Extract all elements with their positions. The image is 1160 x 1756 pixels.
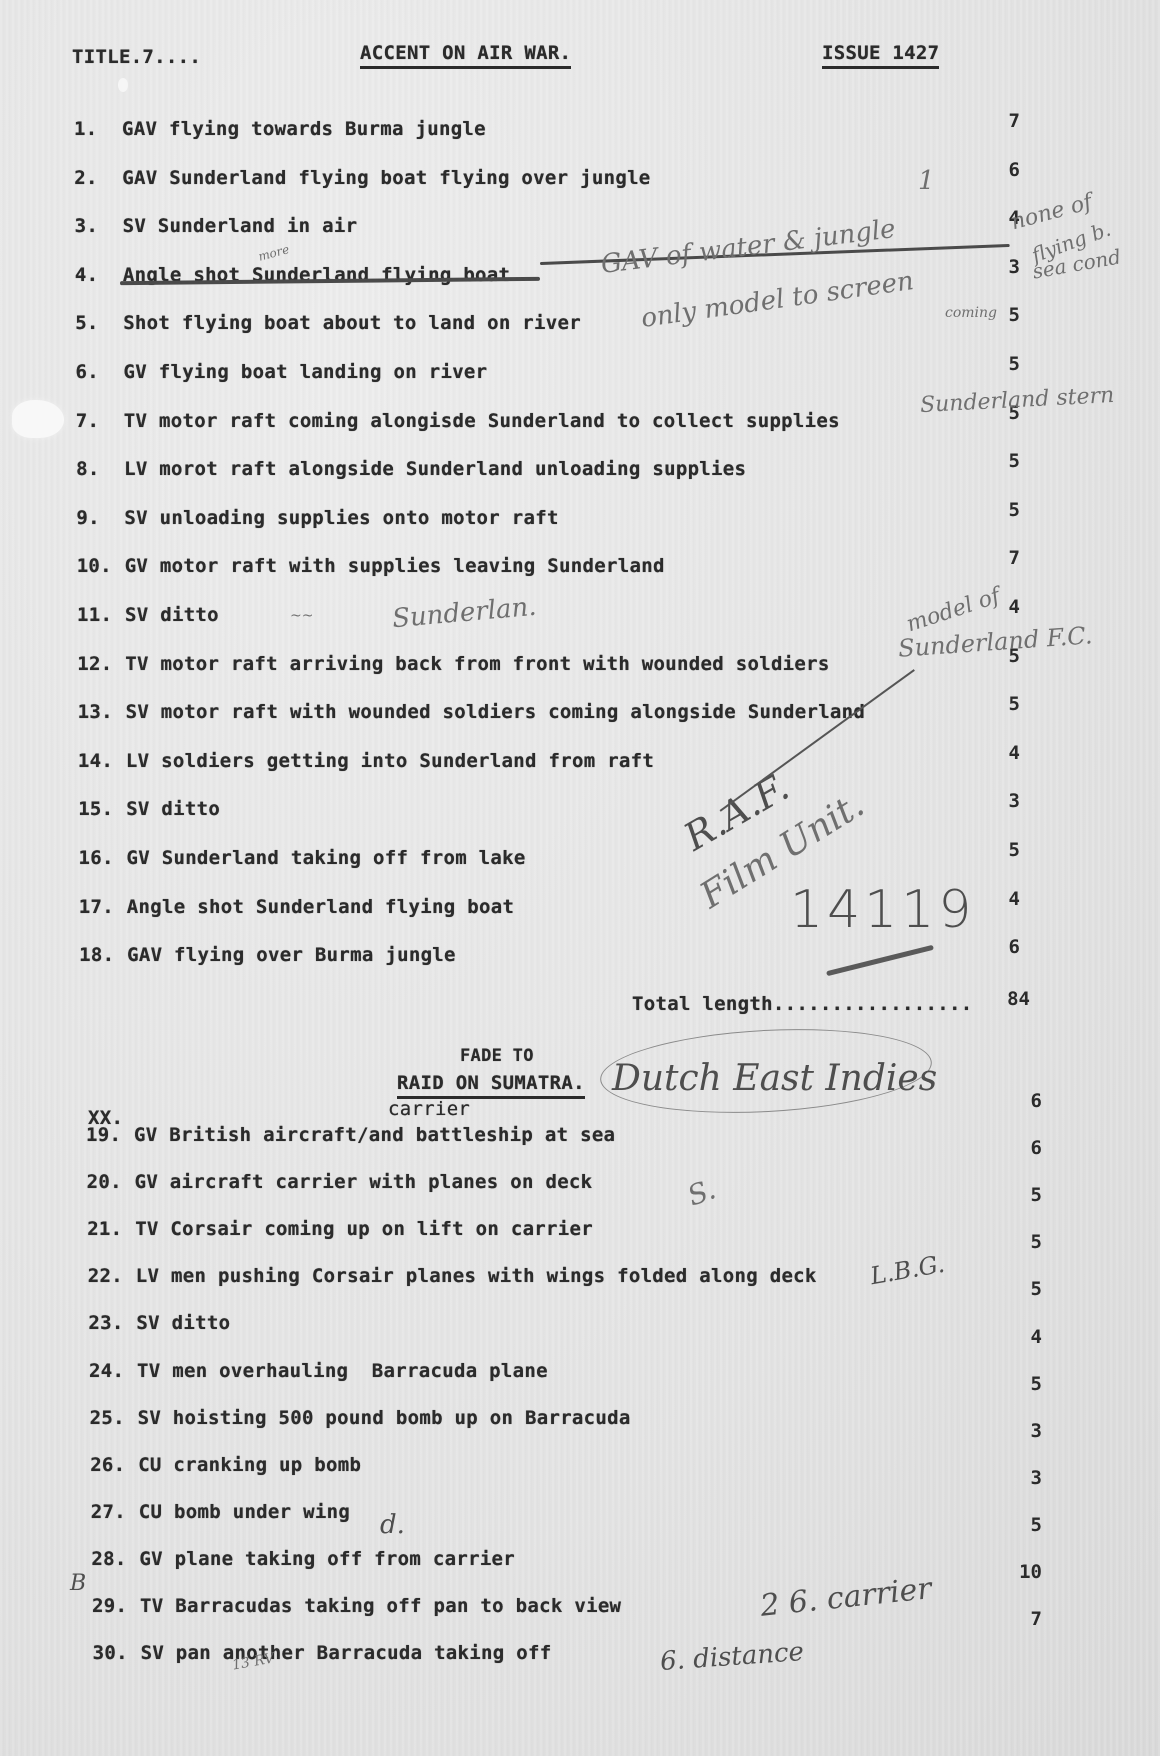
- annotation-underline: [826, 945, 934, 976]
- annotation-region: Dutch East Indies: [612, 1058, 937, 1099]
- shot-number: 25.: [90, 1407, 125, 1429]
- shot-number: 6.: [76, 361, 99, 383]
- shot-description: SV Sunderland in air: [123, 215, 358, 237]
- annotation: only model to screen: [639, 266, 915, 334]
- shot-duration: 3: [1002, 1420, 1042, 1442]
- shot-description: GAV flying towards Burma jungle: [122, 118, 486, 140]
- shot-description: LV men pushing Corsair planes with wings…: [136, 1265, 817, 1287]
- annotation: L.B.G.: [868, 1250, 947, 1291]
- shot-number: 2.: [74, 167, 97, 189]
- annotation: 6. distance: [659, 1637, 805, 1677]
- shot-description: Angle shot Sunderland flying boat: [127, 896, 514, 918]
- annotation-diagonal-line: [720, 669, 915, 811]
- annotation: Sunderlan.: [391, 592, 538, 634]
- shot-duration: 5: [980, 353, 1020, 375]
- shot-duration: 3: [1002, 1467, 1042, 1489]
- shot-description: TV motor raft arriving back from front w…: [125, 653, 829, 675]
- shot-description: SV unloading supplies onto motor raft: [124, 507, 558, 529]
- shot-number: 1.: [74, 118, 97, 140]
- shot-number: 4.: [75, 264, 98, 286]
- shot-number: 26.: [90, 1454, 125, 1476]
- annotation-film-number: 14119: [790, 880, 975, 940]
- shot-number: 27.: [91, 1501, 126, 1523]
- paper-stain: [118, 78, 128, 92]
- shot-duration: 6: [1002, 1090, 1042, 1112]
- annotation: 2 6. carrier: [759, 1571, 934, 1624]
- shot-description: LV morot raft alongside Sunderland unloa…: [124, 458, 746, 480]
- shot-description: GV motor raft with supplies leaving Sund…: [125, 555, 665, 577]
- issue-number: ISSUE 1427: [822, 42, 939, 69]
- shot-duration: 5: [980, 839, 1020, 861]
- shot-duration: 7: [980, 110, 1020, 132]
- shot-duration: 6: [980, 936, 1020, 958]
- title-label: TITLE.7....: [72, 46, 201, 68]
- shot-duration: 6: [1002, 1137, 1042, 1159]
- shot-duration: 5: [1002, 1184, 1042, 1206]
- shot-duration: 5: [1002, 1278, 1042, 1300]
- shot-description: CU cranking up bomb: [138, 1454, 361, 1476]
- annotation: d.: [380, 1510, 405, 1540]
- shot-number: 21.: [87, 1218, 122, 1240]
- shot-duration: 3: [980, 790, 1020, 812]
- shot-description: TV Barracudas taking off pan to back vie…: [140, 1595, 621, 1617]
- shot-number: 14.: [78, 750, 113, 772]
- shot-duration: 5: [980, 450, 1020, 472]
- shot-description: TV men overhauling Barracuda plane: [137, 1360, 548, 1382]
- shot-duration: 4: [980, 742, 1020, 764]
- section-heading: RAID ON SUMATRA.: [397, 1072, 585, 1099]
- paper-stain: [12, 400, 64, 438]
- shot-description: SV ditto: [125, 604, 219, 626]
- shot-description: SV motor raft with wounded soldiers comi…: [126, 701, 866, 723]
- shot-number: 10.: [77, 555, 112, 577]
- total-length-value: 84: [990, 988, 1030, 1010]
- shot-number: 20.: [87, 1171, 122, 1193]
- shot-number: 8.: [76, 458, 99, 480]
- shot-number: 13.: [78, 701, 113, 723]
- annotation: S.: [683, 1172, 720, 1212]
- shot-number: 22.: [88, 1265, 123, 1287]
- annotation: more: [257, 242, 291, 264]
- shot-number: 15.: [78, 798, 113, 820]
- shot-duration: 3: [980, 256, 1020, 278]
- shot-number: 12.: [77, 653, 112, 675]
- shot-duration: 5: [980, 693, 1020, 715]
- annotation-tick: 1: [918, 166, 935, 196]
- annotation: B: [70, 1571, 86, 1596]
- shot-description: GV British aircraft/and battleship at se…: [134, 1124, 615, 1146]
- shot-description: Shot flying boat about to land on river: [123, 312, 581, 334]
- shot-description: LV soldiers getting into Sunderland from…: [126, 750, 654, 772]
- shot-description: GV flying boat landing on river: [124, 361, 488, 383]
- total-length-label: Total length.................: [632, 993, 972, 1015]
- shot-number: 7.: [76, 410, 99, 432]
- shot-description: GV Sunderland taking off from lake: [127, 847, 526, 869]
- shot-description: SV hoisting 500 pound bomb up on Barracu…: [138, 1407, 631, 1429]
- shot-number: 3.: [75, 215, 98, 237]
- shot-description: SV pan another Barracuda taking off: [141, 1642, 552, 1664]
- shot-number: 28.: [91, 1548, 126, 1570]
- shot-duration: 7: [1002, 1608, 1042, 1630]
- shot-number: 17.: [79, 896, 114, 918]
- shot-duration: 5: [1002, 1231, 1042, 1253]
- shot-duration: 4: [1002, 1326, 1042, 1348]
- shot-number: 11.: [77, 604, 112, 626]
- transition-label: FADE TO: [460, 1046, 534, 1066]
- shot-number: 24.: [89, 1360, 124, 1382]
- document-title: ACCENT ON AIR WAR.: [360, 42, 571, 69]
- shot-description: TV motor raft coming alongisde Sunderlan…: [124, 410, 840, 432]
- shot-number: 9.: [76, 507, 99, 529]
- shot-description: CU bomb under wing: [139, 1501, 350, 1523]
- shot-duration: 5: [1002, 1514, 1042, 1536]
- shot-number: 18.: [79, 944, 114, 966]
- shot-duration: 6: [980, 159, 1020, 181]
- shot-description: SV ditto: [136, 1312, 230, 1334]
- annotation: Sunderland stern: [919, 383, 1114, 418]
- shot-duration: 10: [1002, 1561, 1042, 1583]
- inserted-word: carrier: [388, 1098, 470, 1120]
- shot-description: GAV Sunderland flying boat flying over j…: [122, 167, 650, 189]
- shot-duration: 4: [980, 888, 1020, 910]
- shot-description: GV plane taking off from carrier: [139, 1548, 515, 1570]
- shot-description: GAV flying over Burma jungle: [127, 944, 456, 966]
- document-page: TITLE.7.... ACCENT ON AIR WAR. ISSUE 142…: [0, 0, 1160, 1756]
- shot-duration: 5: [980, 499, 1020, 521]
- shot-description: TV Corsair coming up on lift on carrier: [135, 1218, 593, 1240]
- shot-number: 5.: [75, 312, 98, 334]
- shot-duration: 7: [980, 547, 1020, 569]
- shot-duration: 5: [1002, 1373, 1042, 1395]
- shot-number: 30.: [93, 1642, 128, 1664]
- shot-number: 19.: [86, 1124, 121, 1146]
- shot-description: SV ditto: [126, 798, 220, 820]
- shot-number: 29.: [92, 1595, 127, 1617]
- annotation: coming: [945, 305, 997, 321]
- shot-description: GV aircraft carrier with planes on deck: [135, 1171, 593, 1193]
- shot-number: 16.: [79, 847, 114, 869]
- annotation: GAV of water & jungle: [599, 214, 897, 280]
- shot-number: 23.: [88, 1312, 123, 1334]
